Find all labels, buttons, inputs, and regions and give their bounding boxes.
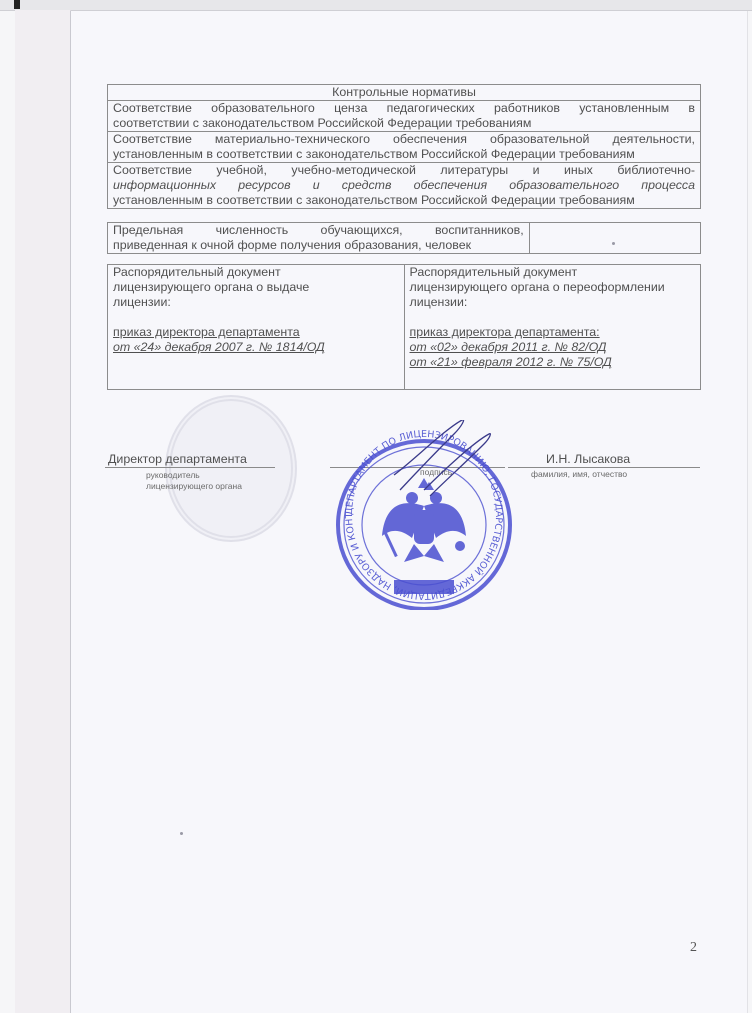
- caption-line: лицензирующего органа: [146, 481, 242, 492]
- faint-stamp-imprint: [165, 395, 297, 542]
- name-caption: фамилия, имя, отчество: [531, 469, 627, 480]
- caption-line: руководитель: [146, 470, 242, 481]
- scan-top-edge: [0, 0, 752, 11]
- norm-material-technical: Соответствие материально-технического об…: [108, 132, 701, 163]
- norm-staff-qualification: Соответствие образовательного ценза педа…: [108, 101, 701, 132]
- scan-speck: [612, 242, 615, 245]
- table-row: Соответствие учебной, учебно-методическо…: [108, 163, 701, 209]
- max-enrollment-label: Предельная численность обучающихся, восп…: [108, 223, 530, 254]
- issue-order-name: приказ директора департамента: [113, 325, 399, 340]
- control-norms-table: Контрольные нормативы Соответствие образ…: [107, 84, 701, 209]
- issue-order-ref: от «24» декабря 2007 г. № 1814/ОД: [113, 340, 399, 355]
- issue-order-title: Распорядительный документ: [113, 265, 399, 280]
- underlying-sheet-edge: [15, 10, 71, 1014]
- text-line: информационных ресурсов и средств обеспе…: [113, 178, 695, 193]
- reissue-order-title: лицензии:: [410, 295, 696, 310]
- reissue-order-ref: от «21» февраля 2012 г. № 75/ОД: [410, 355, 696, 370]
- signatory-position: Директор департамента: [108, 452, 247, 466]
- reissue-order-ref: от «02» декабря 2011 г. № 82/ОД: [410, 340, 696, 355]
- text-line: приведенная к очной форме получения обра…: [113, 238, 524, 253]
- official-seal-icon: ДЕПАРТАМЕНТ ПО ЛИЦЕНЗИРОВАНИЮ, ГОСУДАРСТ…: [334, 420, 514, 610]
- table-row: Соответствие материально-технического об…: [108, 132, 701, 163]
- max-enrollment-value: [529, 223, 700, 254]
- text-line: установленным в соответствии с законодат…: [113, 147, 695, 162]
- scan-speck: [180, 832, 183, 835]
- signatory-name: И.Н. Лысакова: [546, 452, 630, 466]
- table-row: Предельная численность обучающихся, восп…: [108, 223, 701, 254]
- position-caption: руководитель лицензирующего органа: [146, 470, 242, 492]
- table-row: Распорядительный документ лицензирующего…: [108, 265, 701, 390]
- scan-clip-mark: [14, 0, 20, 9]
- text-line: Соответствие образовательного ценза педа…: [113, 101, 695, 116]
- table-row: Соответствие образовательного ценза педа…: [108, 101, 701, 132]
- page-number: 2: [690, 940, 697, 956]
- text-line: установленным в соответствии с законодат…: [113, 193, 695, 208]
- text-line: Соответствие материально-технического об…: [113, 132, 695, 147]
- control-norms-header: Контрольные нормативы: [108, 85, 701, 101]
- norm-library-resources: Соответствие учебной, учебно-методическо…: [108, 163, 701, 209]
- text-line: соответствии с законодательством Российс…: [113, 116, 695, 131]
- reissue-order-cell: Распорядительный документ лицензирующего…: [404, 265, 701, 390]
- scan-bottom-edge: [0, 1013, 752, 1024]
- name-underline: [508, 467, 700, 468]
- orders-table: Распорядительный документ лицензирующего…: [107, 264, 701, 390]
- text-line: Соответствие учебной, учебно-методическо…: [113, 163, 695, 178]
- reissue-order-title: Распорядительный документ: [410, 265, 696, 280]
- max-enrollment-table: Предельная численность обучающихся, восп…: [107, 222, 701, 254]
- reissue-order-title: лицензирующего органа о переоформлении: [410, 280, 696, 295]
- issue-order-title: лицензии:: [113, 295, 399, 310]
- text-line: Предельная численность обучающихся, восп…: [113, 223, 524, 238]
- control-norms-header-row: Контрольные нормативы: [108, 85, 701, 101]
- position-underline: [105, 467, 275, 468]
- issue-order-cell: Распорядительный документ лицензирующего…: [108, 265, 405, 390]
- issue-order-title: лицензирующего органа о выдаче: [113, 280, 399, 295]
- reissue-order-name: приказ директора департамента:: [410, 325, 696, 340]
